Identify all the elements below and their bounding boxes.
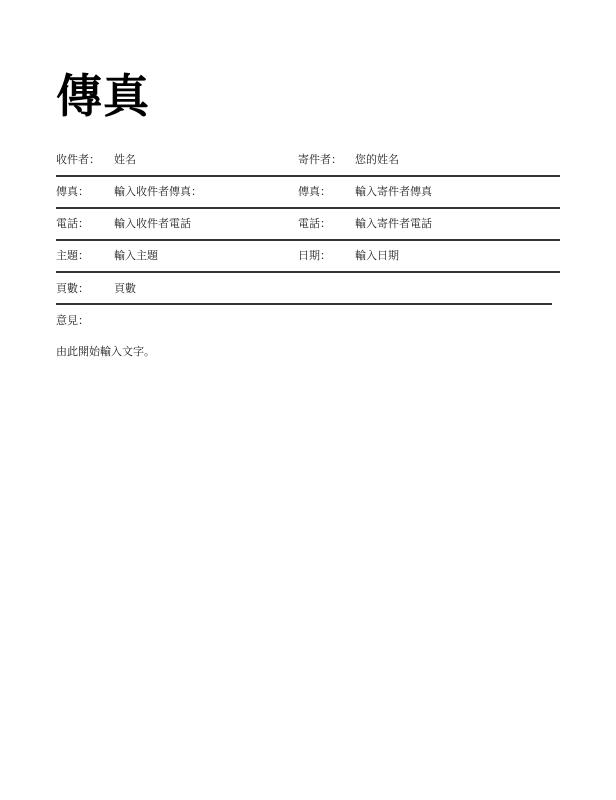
recipient-phone-field[interactable]: 輸入收件者電話 xyxy=(114,217,191,231)
date-field[interactable]: 輸入日期 xyxy=(355,249,399,263)
sender-fax-field[interactable]: 輸入寄件者傳真 xyxy=(355,185,432,199)
document-title: 傳真 xyxy=(56,68,150,124)
subject-field[interactable]: 輸入主題 xyxy=(114,249,158,263)
sender-name-field[interactable]: 您的姓名 xyxy=(355,153,399,167)
comments-label: 意見： xyxy=(56,314,89,328)
comments-body-field[interactable]: 由此開始輸入文字。 xyxy=(56,345,155,359)
divider-line xyxy=(56,303,552,305)
subject-label: 主題： xyxy=(56,249,89,263)
sender-phone-label: 電話： xyxy=(298,217,331,231)
sender-label: 寄件者： xyxy=(298,153,342,167)
recipient-label: 收件者： xyxy=(56,153,100,167)
recipient-phone-label: 電話： xyxy=(56,217,89,231)
divider-line xyxy=(56,175,560,177)
recipient-fax-field[interactable]: 輸入收件者傳真： xyxy=(114,185,202,199)
pages-field[interactable]: 頁數 xyxy=(114,282,136,296)
recipient-name-field[interactable]: 姓名 xyxy=(114,153,136,167)
pages-label: 頁數： xyxy=(56,282,89,296)
sender-phone-field[interactable]: 輸入寄件者電話 xyxy=(355,217,432,231)
fax-cover-page: 傳真 收件者： 姓名 寄件者： 您的姓名 傳真： 輸入收件者傳真： 傳真： 輸入… xyxy=(0,0,616,800)
date-label: 日期： xyxy=(298,249,331,263)
sender-fax-label: 傳真： xyxy=(298,185,331,199)
divider-line xyxy=(56,207,560,209)
recipient-fax-label: 傳真： xyxy=(56,185,89,199)
divider-line xyxy=(56,239,560,241)
divider-line xyxy=(56,271,560,273)
